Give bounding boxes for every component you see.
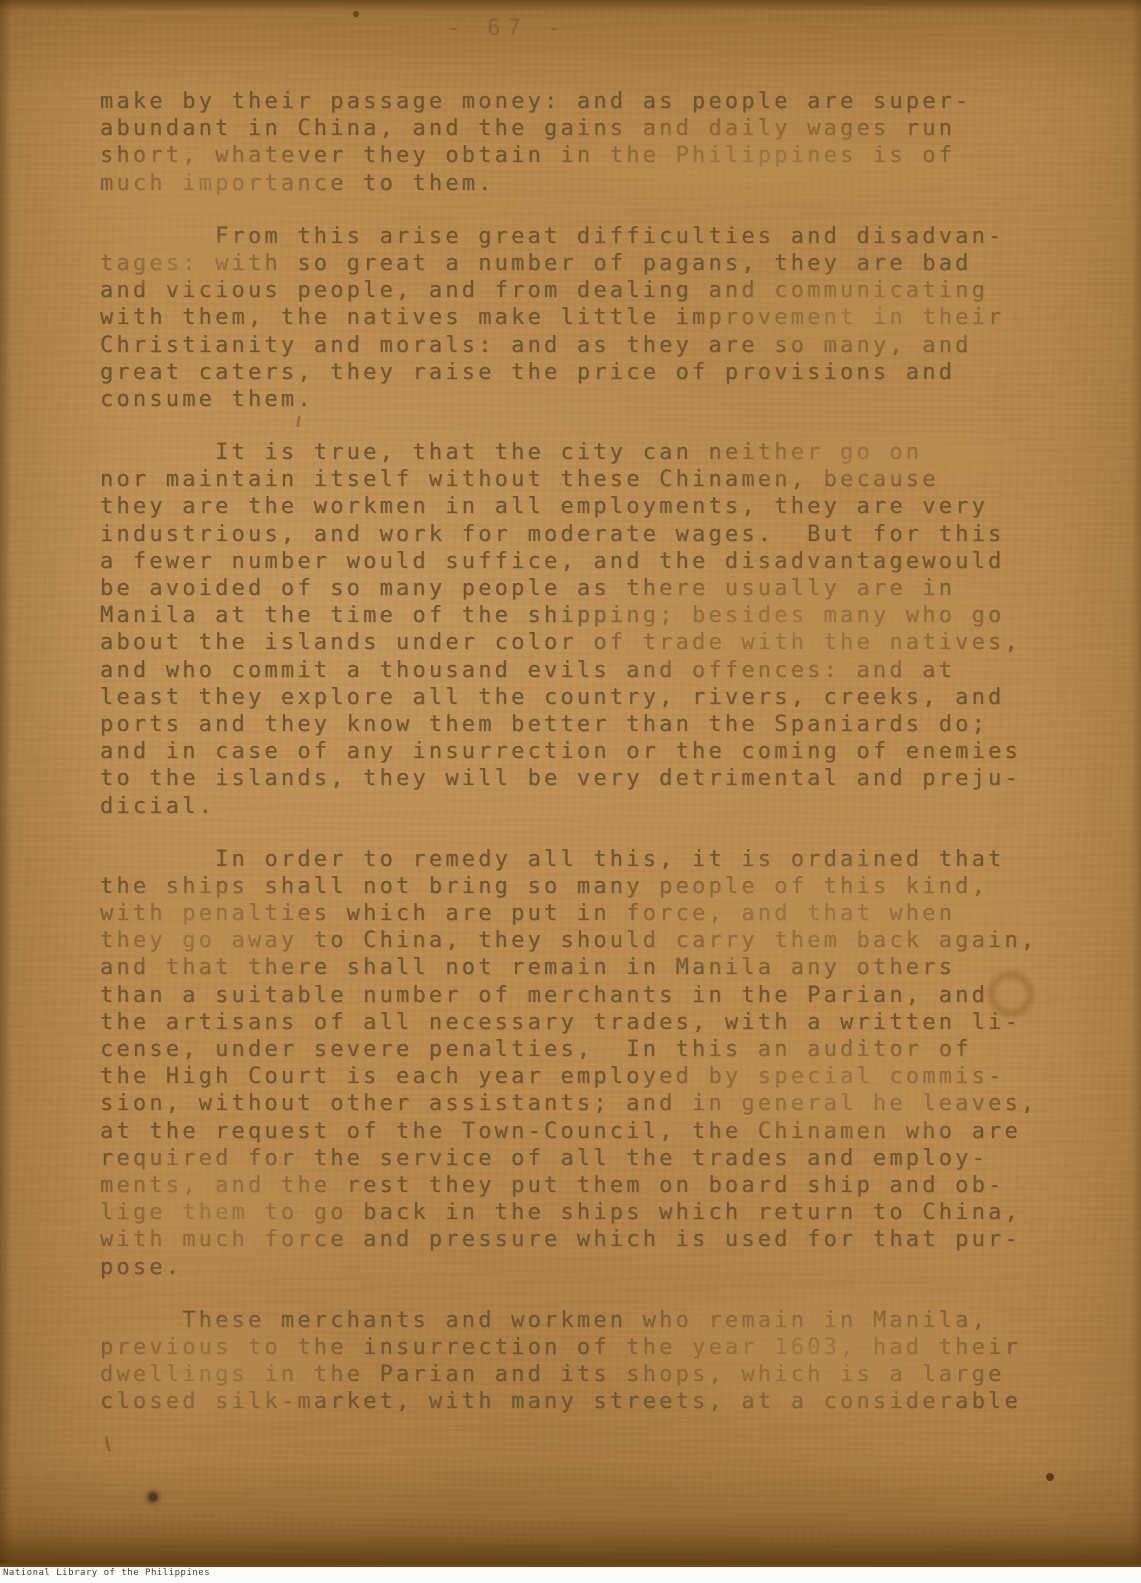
text-line: and that there shall not remain in Manil… bbox=[100, 954, 1090, 981]
text-line: than a suitable number of merchants in t… bbox=[100, 982, 1090, 1009]
text-line: These merchants and workmen who remain i… bbox=[100, 1307, 1090, 1334]
text-line: Christianity and morals: and as they are… bbox=[100, 332, 1090, 359]
paragraph: It is true, that the city can neither go… bbox=[100, 439, 1090, 820]
ink-speck bbox=[140, 1484, 166, 1510]
ink-speck bbox=[1046, 1473, 1054, 1481]
text-line: dicial. bbox=[100, 793, 1090, 820]
text-line: about the islands under color of trade w… bbox=[100, 629, 1090, 656]
text-line: abundant in China, and the gains and dai… bbox=[100, 115, 1090, 142]
text-line: consume them. bbox=[100, 386, 1090, 413]
text-line: ments, and the rest they put them on boa… bbox=[100, 1172, 1090, 1199]
page-number: - 67 - bbox=[0, 16, 1078, 41]
text-line: cense, under severe penalties, In this a… bbox=[100, 1036, 1090, 1063]
text-line: nor maintain itself without these Chinam… bbox=[100, 466, 1090, 493]
text-line: tages: with so great a number of pagans,… bbox=[100, 250, 1090, 277]
text-line: they are the workmen in all employments,… bbox=[100, 493, 1090, 520]
text-line: pose. bbox=[100, 1254, 1090, 1281]
text-line: make by their passage money: and as peop… bbox=[100, 88, 1090, 115]
text-line: It is true, that the city can neither go… bbox=[100, 439, 1090, 466]
text-line: In order to remedy all this, it is ordai… bbox=[100, 846, 1090, 873]
text-line: to the islands, they will be very detrim… bbox=[100, 765, 1090, 792]
paper-edge-shadow-left bbox=[0, 0, 12, 1583]
text-line: ports and they know them better than the… bbox=[100, 711, 1090, 738]
text-line: the artisans of all necessary trades, wi… bbox=[100, 1009, 1090, 1036]
paragraph: In order to remedy all this, it is ordai… bbox=[100, 846, 1090, 1281]
scanned-document-page: - 67 - make by their passage money: and … bbox=[0, 0, 1141, 1583]
text-line: with much force and pressure which is us… bbox=[100, 1226, 1090, 1253]
text-line: industrious, and work for moderate wages… bbox=[100, 521, 1090, 548]
text-line: From this arise great difficulties and d… bbox=[100, 223, 1090, 250]
text-line: a fewer number would suffice, and the di… bbox=[100, 548, 1090, 575]
text-line: be avoided of so many people as there us… bbox=[100, 575, 1090, 602]
paper-edge-shadow-bottom bbox=[0, 1517, 1141, 1567]
text-line: they go away to China, they should carry… bbox=[100, 927, 1090, 954]
paper-edge-shadow-top bbox=[0, 0, 1141, 12]
text-line: at the request of the Town-Council, the … bbox=[100, 1118, 1090, 1145]
paper-edge-shadow-right bbox=[1131, 0, 1141, 1583]
paragraph: make by their passage money: and as peop… bbox=[100, 88, 1090, 197]
paragraph: From this arise great difficulties and d… bbox=[100, 223, 1090, 413]
text-line: with them, the natives make little impro… bbox=[100, 304, 1090, 331]
text-line: short, whatever they obtain in the Phili… bbox=[100, 142, 1090, 169]
text-line: great caters, they raise the price of pr… bbox=[100, 359, 1090, 386]
text-block: make by their passage money: and as peop… bbox=[100, 88, 1090, 1441]
text-line: closed silk-market, with many streets, a… bbox=[100, 1388, 1090, 1415]
text-line: with penalties which are put in force, a… bbox=[100, 900, 1090, 927]
text-line: the High Court is each year employed by … bbox=[100, 1063, 1090, 1090]
text-line: and who commit a thousand evils and offe… bbox=[100, 657, 1090, 684]
library-attribution-label: National Library of the Philippines bbox=[0, 1567, 1141, 1580]
text-line: required for the service of all the trad… bbox=[100, 1145, 1090, 1172]
text-line: and in case of any insurrection or the c… bbox=[100, 738, 1090, 765]
text-line: previous to the insurrection of the year… bbox=[100, 1334, 1090, 1361]
text-line: dwellings in the Parian and its shops, w… bbox=[100, 1361, 1090, 1388]
paragraph: These merchants and workmen who remain i… bbox=[100, 1307, 1090, 1416]
text-line: much importance to them. bbox=[100, 170, 1090, 197]
text-line: the ships shall not bring so many people… bbox=[100, 873, 1090, 900]
scan-footer-strip: National Library of the Philippines bbox=[0, 1564, 1141, 1583]
text-line: lige them to go back in the ships which … bbox=[100, 1199, 1090, 1226]
text-line: sion, without other assistants; and in g… bbox=[100, 1090, 1090, 1117]
text-line: least they explore all the country, rive… bbox=[100, 684, 1090, 711]
text-line: and vicious people, and from dealing and… bbox=[100, 277, 1090, 304]
text-line: Manila at the time of the shipping; besi… bbox=[100, 602, 1090, 629]
